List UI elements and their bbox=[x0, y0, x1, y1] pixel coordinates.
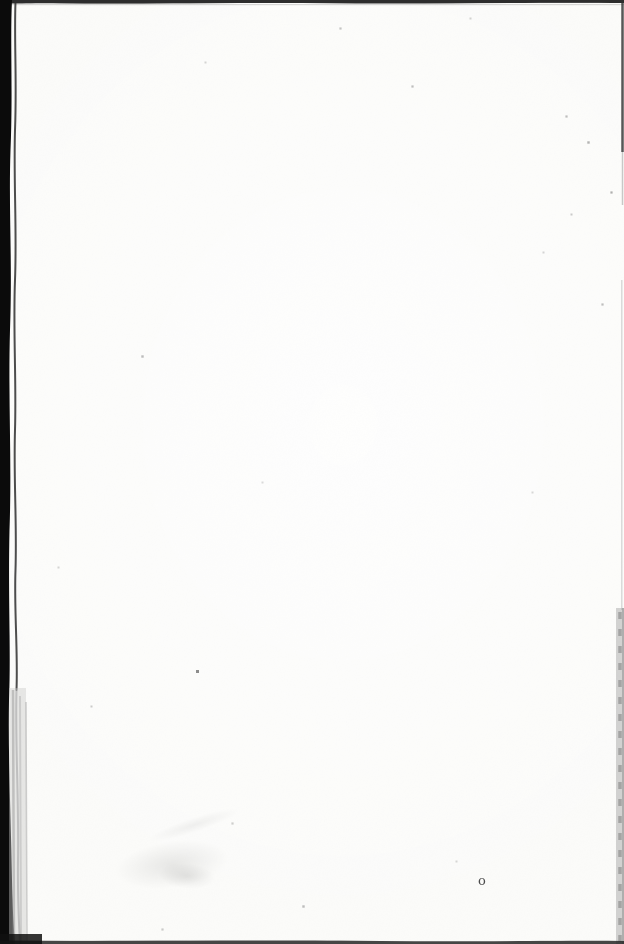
paper-grain bbox=[0, 0, 624, 944]
lower-left-streak-3 bbox=[26, 702, 27, 944]
lower-left-streak-1 bbox=[13, 690, 14, 944]
scan-edge-artifacts bbox=[0, 0, 624, 944]
scanned-book-page: o bbox=[0, 0, 624, 944]
bottom-scan-border bbox=[0, 941, 624, 944]
dust-speckles bbox=[0, 0, 1, 1]
top-border-shadow bbox=[0, 4, 624, 5]
bottom-left-corner-dark bbox=[0, 934, 42, 944]
lower-left-edge-shade bbox=[9, 688, 26, 944]
lower-left-streak-2 bbox=[20, 696, 21, 944]
signature-mark: o bbox=[478, 874, 486, 889]
